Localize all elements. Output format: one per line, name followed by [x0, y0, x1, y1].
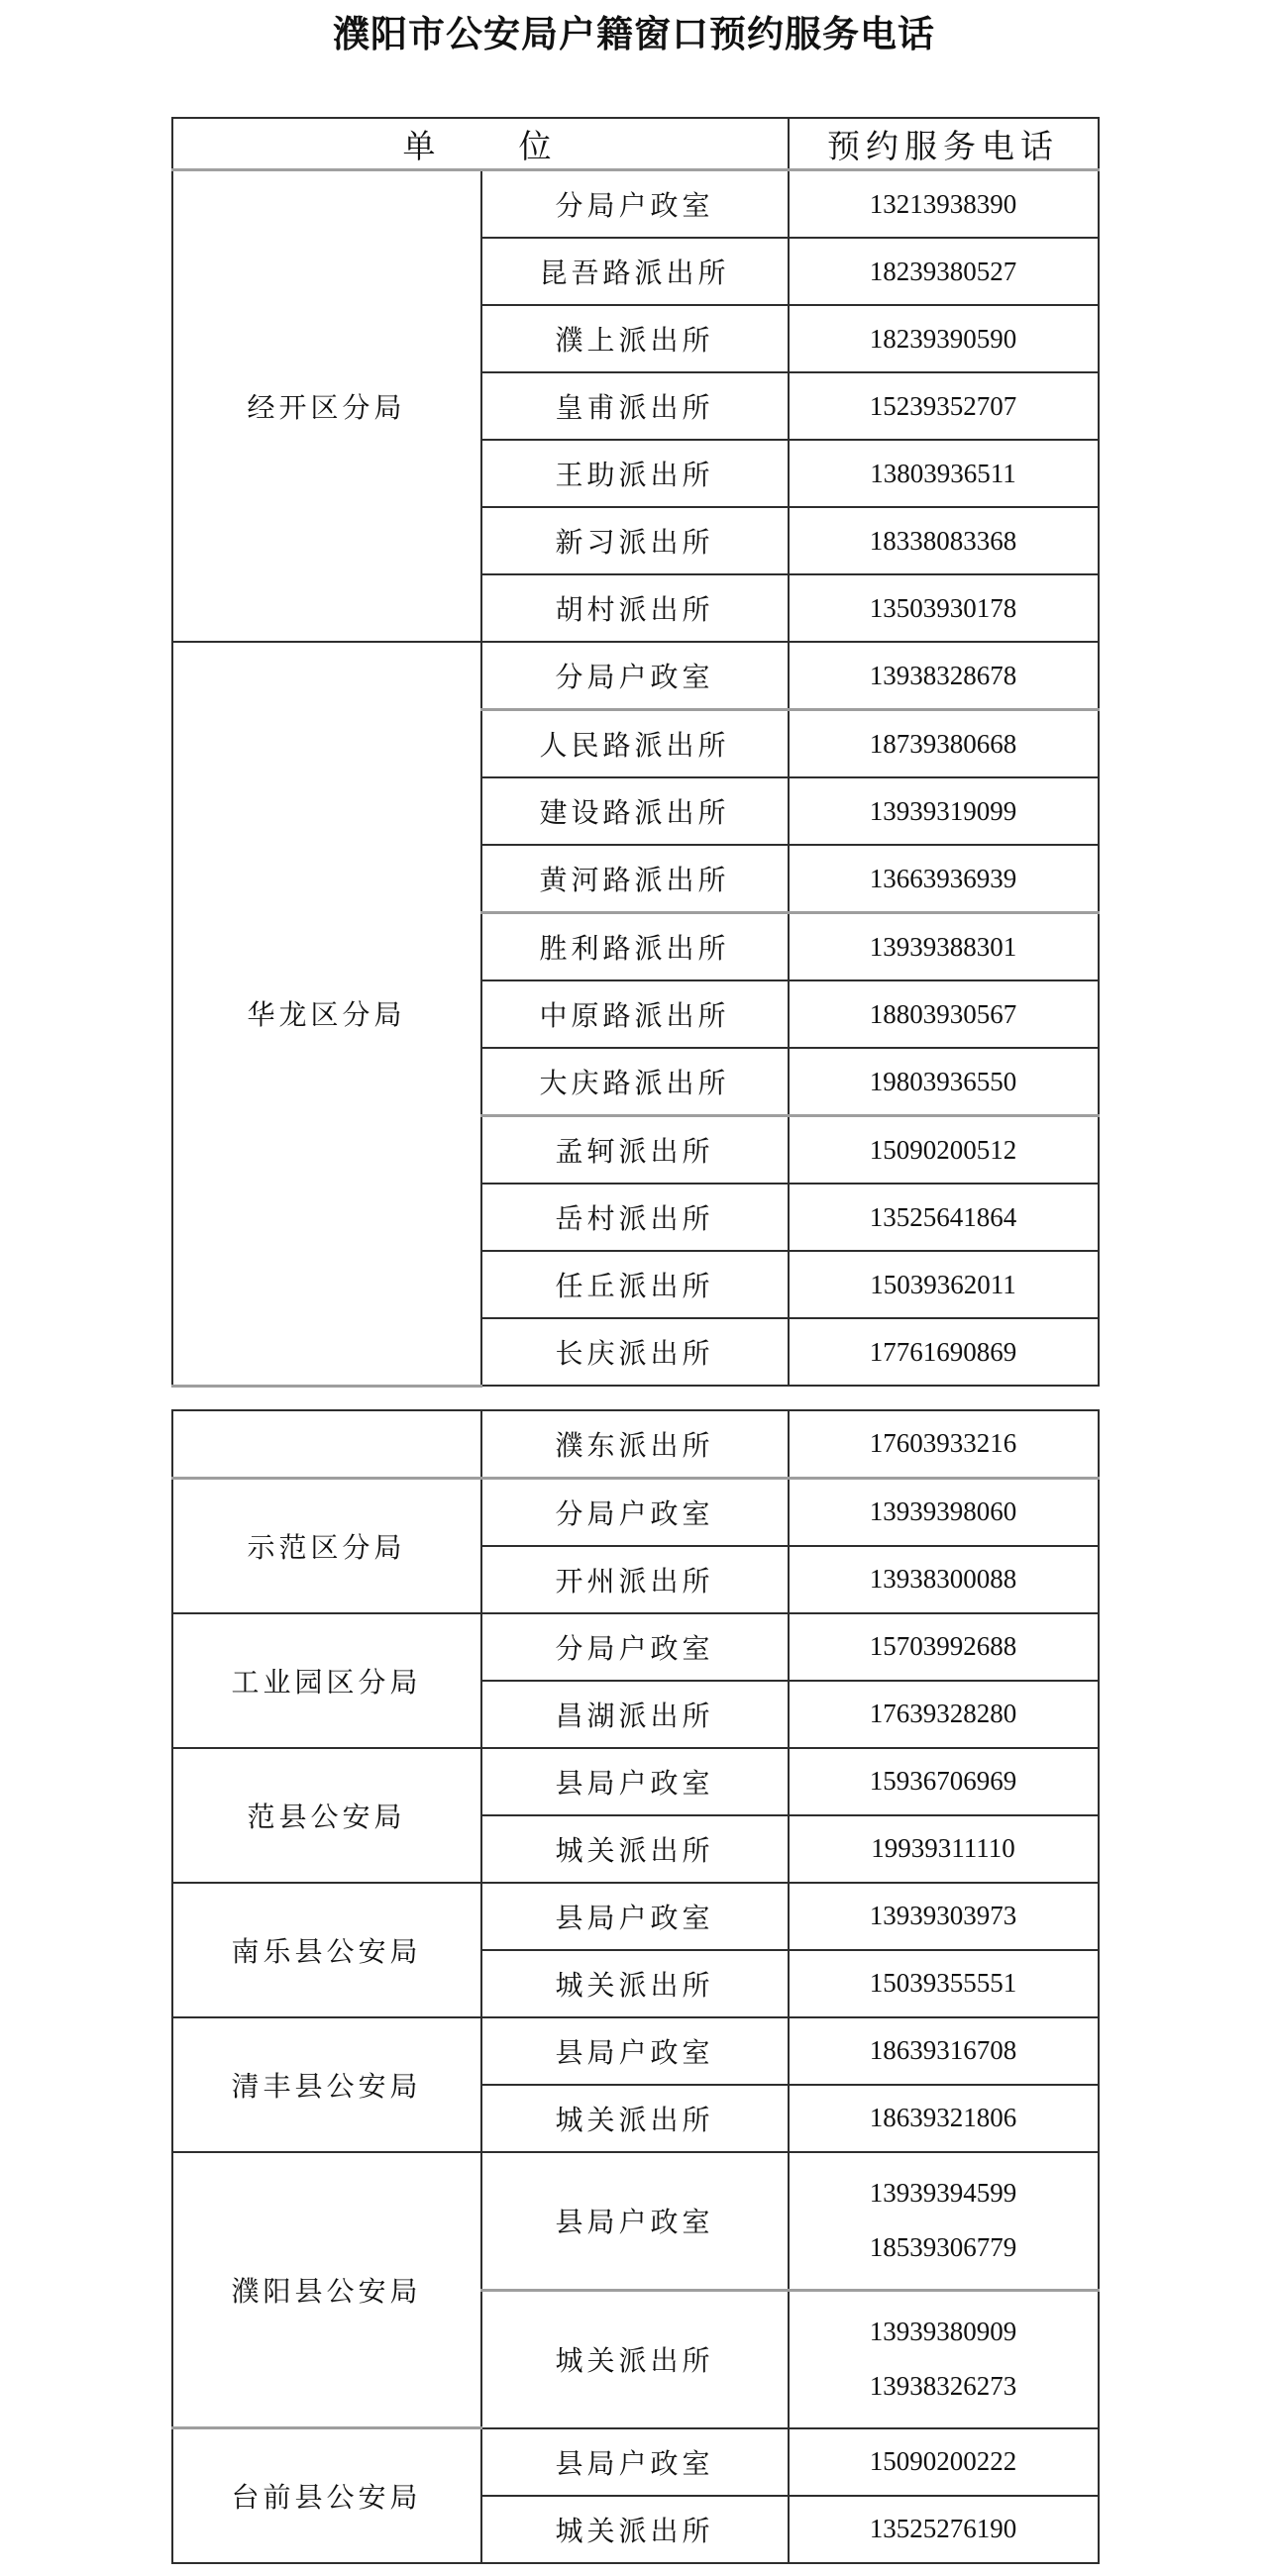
- unit-cell: 长庆派出所: [481, 1318, 789, 1386]
- phone-number: 15039355551: [870, 1968, 1017, 1998]
- unit-cell: 城关派出所: [481, 2085, 789, 2152]
- unit-cell: 中原路派出所: [481, 980, 789, 1048]
- phone-cell: 15039362011: [789, 1251, 1099, 1318]
- phone-cell: 13938328678: [789, 642, 1099, 710]
- unit-cell: 分局户政室: [481, 642, 789, 710]
- unit-cell: 昌湖派出所: [481, 1681, 789, 1748]
- unit-cell: 黄河路派出所: [481, 845, 789, 913]
- phone-cell: 17603933216: [789, 1410, 1099, 1479]
- group-cell: 经开区分局: [172, 170, 481, 643]
- unit-cell: 县局户政室: [481, 2428, 789, 2496]
- phone-cell: 13939319099: [789, 777, 1099, 845]
- phone-number: 17639328280: [870, 1699, 1017, 1728]
- group-cell: 工业园区分局: [172, 1613, 481, 1748]
- phone-cell: 17639328280: [789, 1681, 1099, 1748]
- phone-number: 15703992688: [870, 1631, 1017, 1661]
- unit-cell: 县局户政室: [481, 1883, 789, 1950]
- unit-cell: 孟轲派出所: [481, 1116, 789, 1185]
- phone-cell: 18239390590: [789, 305, 1099, 372]
- phone-cell: 18639316708: [789, 2017, 1099, 2085]
- phone-cell: 13939388301: [789, 913, 1099, 981]
- phone-cell: 13503930178: [789, 574, 1099, 642]
- table-row: 工业园区分局分局户政室15703992688: [172, 1613, 1099, 1681]
- phone-cell: 1393939459918539306779: [789, 2152, 1099, 2291]
- phone-number: 13938328678: [870, 661, 1017, 690]
- phone-number: 13525276190: [870, 2514, 1017, 2543]
- phone-number: 17761690869: [870, 1337, 1017, 1367]
- phone-cell: 18338083368: [789, 507, 1099, 574]
- table-row: 范县公安局县局户政室15936706969: [172, 1748, 1099, 1815]
- unit-cell: 分局户政室: [481, 170, 789, 239]
- phone-number: 13938326273: [790, 2373, 1098, 2400]
- phone-cell: 15090200512: [789, 1116, 1099, 1185]
- phone-cell: 13663936939: [789, 845, 1099, 913]
- unit-cell: 大庆路派出所: [481, 1048, 789, 1116]
- phone-number: 15936706969: [870, 1766, 1017, 1796]
- unit-cell: 县局户政室: [481, 2152, 789, 2291]
- page-title: 濮阳市公安局户籍窗口预约服务电话: [0, 12, 1268, 59]
- table-row: 经开区分局分局户政室13213938390: [172, 170, 1099, 239]
- table-row: 示范区分局分局户政室13939398060: [172, 1478, 1099, 1546]
- unit-cell: 城关派出所: [481, 1815, 789, 1883]
- phone-cell: 13939398060: [789, 1478, 1099, 1546]
- phone-cell: 19803936550: [789, 1048, 1099, 1116]
- group-cell: 清丰县公安局: [172, 2017, 481, 2152]
- phone-cell: 13938300088: [789, 1546, 1099, 1613]
- phone-cell: 13525641864: [789, 1184, 1099, 1251]
- group-cell-empty: [172, 1410, 481, 1479]
- unit-cell: 胡村派出所: [481, 574, 789, 642]
- phone-number: 13939398060: [870, 1496, 1017, 1526]
- unit-cell: 建设路派出所: [481, 777, 789, 845]
- phone-cell: 18639321806: [789, 2085, 1099, 2152]
- unit-cell: 任丘派出所: [481, 1251, 789, 1318]
- phone-cell: 19939311110: [789, 1815, 1099, 1883]
- phone-cell: 17761690869: [789, 1318, 1099, 1386]
- unit-cell: 城关派出所: [481, 2496, 789, 2563]
- phone-number-stack: 1393939459918539306779: [790, 2153, 1098, 2289]
- phone-number: 18639321806: [870, 2103, 1017, 2132]
- table-row: 濮阳县公安局县局户政室1393939459918539306779: [172, 2152, 1099, 2291]
- group-cell: 台前县公安局: [172, 2428, 481, 2563]
- phone-cell: 15936706969: [789, 1748, 1099, 1815]
- phone-cell: 13939303973: [789, 1883, 1099, 1950]
- phone-number: 18338083368: [870, 526, 1017, 556]
- unit-cell: 城关派出所: [481, 2290, 789, 2428]
- phone-number: 13503930178: [870, 593, 1017, 623]
- phone-cell: 13525276190: [789, 2496, 1099, 2563]
- phone-number: 15090200222: [870, 2446, 1017, 2476]
- phone-number: 19939311110: [871, 1833, 1015, 1863]
- phone-number: 13663936939: [870, 864, 1017, 893]
- table-row: 南乐县公安局县局户政室13939303973: [172, 1883, 1099, 1950]
- phone-cell: 15239352707: [789, 372, 1099, 440]
- header-row: 单 位预约服务电话: [172, 118, 1099, 170]
- group-cell: 华龙区分局: [172, 642, 481, 1386]
- unit-cell: 岳村派出所: [481, 1184, 789, 1251]
- phone-number: 13939394599: [790, 2180, 1098, 2207]
- unit-cell: 县局户政室: [481, 2017, 789, 2085]
- phone-number: 18239380527: [870, 257, 1017, 286]
- phone-table-1: 单 位预约服务电话经开区分局分局户政室13213938390昆吾路派出所1823…: [171, 117, 1100, 1388]
- phone-number: 15090200512: [870, 1135, 1017, 1165]
- document-page: 濮阳市公安局户籍窗口预约服务电话 单 位预约服务电话经开区分局分局户政室1321…: [0, 0, 1268, 2576]
- group-cell: 示范区分局: [172, 1478, 481, 1613]
- phone-cell: 15090200222: [789, 2428, 1099, 2496]
- unit-cell: 县局户政室: [481, 1748, 789, 1815]
- phone-number: 13525641864: [870, 1202, 1017, 1232]
- phone-column-header: 预约服务电话: [789, 118, 1099, 170]
- phone-number: 18803930567: [870, 999, 1017, 1029]
- unit-cell: 城关派出所: [481, 1950, 789, 2017]
- phone-number: 13803936511: [870, 459, 1016, 488]
- phone-number: 13213938390: [870, 189, 1017, 219]
- phone-number: 18639316708: [870, 2035, 1017, 2065]
- unit-cell: 皇甫派出所: [481, 372, 789, 440]
- table-row: 濮东派出所17603933216: [172, 1410, 1099, 1479]
- unit-cell: 王助派出所: [481, 440, 789, 507]
- unit-cell: 濮上派出所: [481, 305, 789, 372]
- phone-number: 13939303973: [870, 1901, 1017, 1930]
- phone-number: 13939388301: [870, 932, 1017, 962]
- phone-number: 19803936550: [870, 1067, 1017, 1096]
- phone-number: 15239352707: [870, 391, 1017, 421]
- group-cell: 濮阳县公安局: [172, 2152, 481, 2428]
- phone-cell: 18239380527: [789, 238, 1099, 305]
- unit-cell: 分局户政室: [481, 1613, 789, 1681]
- phone-cell: 15703992688: [789, 1613, 1099, 1681]
- table-row: 台前县公安局县局户政室15090200222: [172, 2428, 1099, 2496]
- unit-cell: 人民路派出所: [481, 710, 789, 778]
- unit-cell: 开州派出所: [481, 1546, 789, 1613]
- phone-number: 18739380668: [870, 729, 1017, 759]
- unit-cell: 昆吾路派出所: [481, 238, 789, 305]
- unit-cell: 新习派出所: [481, 507, 789, 574]
- unit-cell: 胜利路派出所: [481, 913, 789, 981]
- unit-cell: 分局户政室: [481, 1478, 789, 1546]
- phone-cell: 13213938390: [789, 170, 1099, 239]
- phone-number: 13939380909: [790, 2318, 1098, 2345]
- phone-cell: 13803936511: [789, 440, 1099, 507]
- phone-table-2: 濮东派出所17603933216示范区分局分局户政室13939398060开州派…: [171, 1409, 1100, 2564]
- phone-number: 15039362011: [870, 1270, 1016, 1299]
- phone-number: 13938300088: [870, 1564, 1017, 1594]
- group-cell: 范县公安局: [172, 1748, 481, 1883]
- phone-cell: 18803930567: [789, 980, 1099, 1048]
- phone-number: 17603933216: [870, 1428, 1017, 1458]
- phone-number-stack: 1393938090913938326273: [790, 2292, 1098, 2427]
- phone-cell: 1393938090913938326273: [789, 2290, 1099, 2428]
- table-row: 清丰县公安局县局户政室18639316708: [172, 2017, 1099, 2085]
- phone-tables-container: 单 位预约服务电话经开区分局分局户政室13213938390昆吾路派出所1823…: [171, 117, 1098, 2564]
- unit-column-header: 单 位: [172, 118, 789, 170]
- phone-number: 18539306779: [790, 2234, 1098, 2261]
- phone-cell: 15039355551: [789, 1950, 1099, 2017]
- phone-cell: 18739380668: [789, 710, 1099, 778]
- phone-number: 13939319099: [870, 796, 1017, 826]
- table-row: 华龙区分局分局户政室13938328678: [172, 642, 1099, 710]
- phone-number: 18239390590: [870, 324, 1017, 354]
- unit-cell: 濮东派出所: [481, 1410, 789, 1479]
- group-cell: 南乐县公安局: [172, 1883, 481, 2017]
